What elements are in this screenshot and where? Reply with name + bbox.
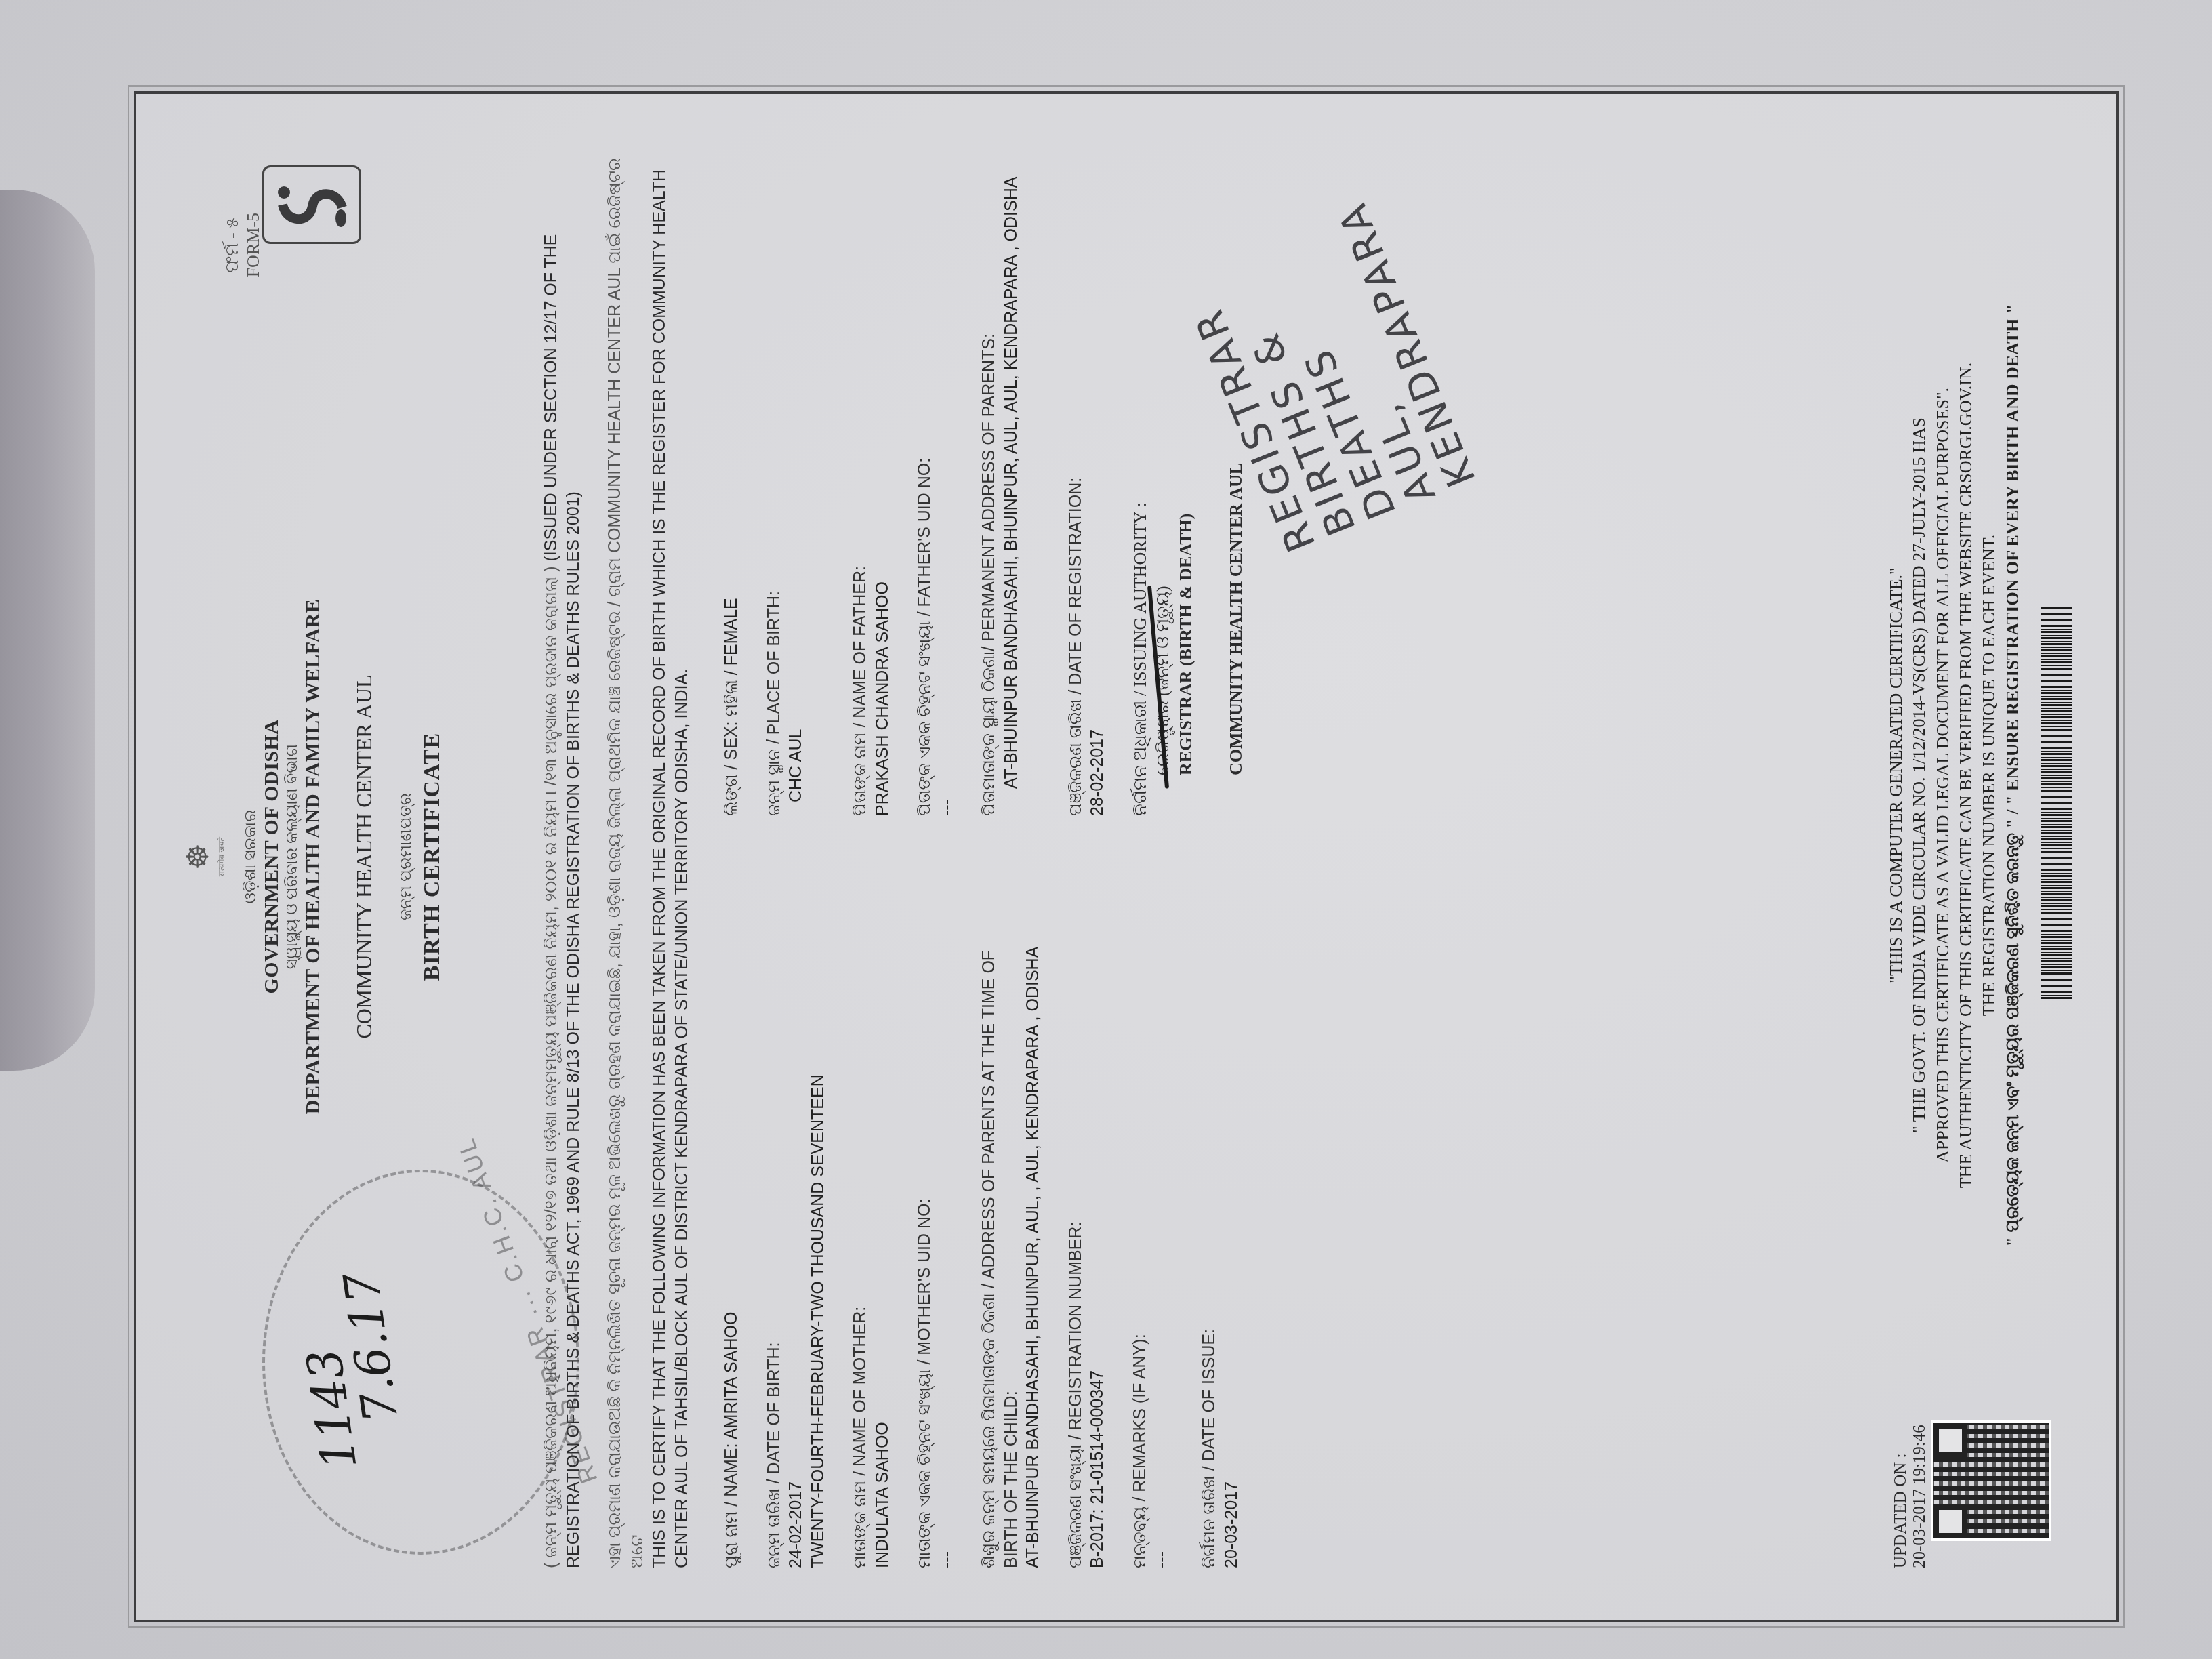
dept-title: DEPARTMENT OF HEALTH AND FAMILY WELFARE xyxy=(302,145,325,1568)
cert-title: BIRTH CERTIFICATE xyxy=(419,145,445,1568)
field-name: ପୁରା ନାମ / NAME: AMRITA SAHOO xyxy=(720,897,743,1568)
field-sex: ଲିଙ୍ଗ / SEX: ମହିଳା / FEMALE xyxy=(720,145,743,816)
certification-statement: ଏହା ପ୍ରମାଣ କରାଯାଉଅଛି କି ନିମ୍ନଲିଖିତ ସୂଚନା… xyxy=(604,145,693,1568)
certificate-notes: "THIS IS A COMPUTER GENERATED CERTIFICAT… xyxy=(1885,145,2024,1406)
updated-on: UPDATED ON : 20-03-2017 19:19:46 xyxy=(1891,1425,1929,1568)
dept-odia: ସ୍ୱାସ୍ଥ୍ୟ ଓ ପରିବାର କଲ୍ୟାଣ ବିଭାଗ xyxy=(283,145,302,1568)
field-permanent-address: ପିତାମାତାଙ୍କ ସ୍ଥାୟୀ ଠିକଣା/ PERMANENT ADDR… xyxy=(978,145,1044,816)
qr-code-icon xyxy=(1931,1420,2051,1541)
photographer-thumb xyxy=(0,190,95,1071)
field-registration-date: ପଞ୍ଜିକରଣ ତାରିଖ / DATE OF REGISTRATION: 2… xyxy=(1065,145,1109,816)
issuing-authority: ନିର୍ଗମନ ଅଧିକାରୀ / ISSUING AUTHORITY : ରେ… xyxy=(1129,145,1248,816)
barcode-icon xyxy=(2041,606,2072,999)
field-address-at-birth: ଶିଶୁର ଜନ୍ମ ସମୟରେ ପିତାମାତାଙ୍କ ଠିକଣା / ADD… xyxy=(978,897,1044,1568)
field-place-of-birth: ଜନ୍ମ ସ୍ଥାନ / PLACE OF BIRTH: CHC AUL xyxy=(763,145,829,816)
field-issue-date: ନିର୍ଗମନ ତାରିଖ / DATE OF ISSUE: 20-03-201… xyxy=(1198,897,1248,1568)
field-remarks: ମନ୍ତବ୍ୟ / REMARKS (IF ANY): --- xyxy=(1129,897,1179,1568)
field-mother-uid: ମାତାଙ୍କ ଏକକ ଚିହ୍ନଟ ସଂଖ୍ୟା / MOTHER'S UID… xyxy=(914,897,958,1568)
cert-title-odia: ଜନ୍ମ ପ୍ରମାଣପତ୍ର xyxy=(397,145,415,1568)
certificate-footer: UPDATED ON : 20-03-2017 19:19:46 "THIS I… xyxy=(1780,145,2065,1568)
field-father-uid: ପିତାଙ୍କ ଏକକ ଚିହ୍ନଟ ସଂଖ୍ୟା / FATHER'S UID… xyxy=(914,145,958,816)
field-dob: ଜନ୍ମ ତାରିଖ / DATE OF BIRTH: 24-02-2017 T… xyxy=(763,897,829,1568)
govt-title: GOVERNMENT OF ODISHA xyxy=(260,145,283,1568)
form-number: ଫର୍ମ - ୫ FORM-5 xyxy=(222,213,264,277)
certificate-header: REGISTRAR ... C.H.C. AUL 1143 7.6.17 ☸सत… xyxy=(161,145,540,1568)
issuing-center: COMMUNITY HEALTH CENTER AUL xyxy=(352,145,377,1568)
field-registration-number: ପଞ୍ଜିକରଣ ସଂଖ୍ୟା / REGISTRATION NUMBER: B… xyxy=(1065,897,1109,1568)
birth-certificate: REGISTRAR ... C.H.C. AUL 1143 7.6.17 ☸सत… xyxy=(134,91,2119,1622)
national-emblem-icon: ☸सत्यमेव जयते xyxy=(181,836,235,877)
field-mother-name: ମାତାଙ୍କ ନାମ / NAME OF MOTHER: INDULATA S… xyxy=(849,897,893,1568)
crs-logo-icon xyxy=(262,165,361,244)
field-father-name: ପିତାଙ୍କ ନାମ / NAME OF FATHER: PRAKASH CH… xyxy=(849,145,893,816)
slogan: " ପ୍ରତ୍ୟେକ ଜନ୍ମ ଏବଂ ମୃତ୍ୟୁର ପଞ୍ଜିକରଣ ସୁନ… xyxy=(2001,145,2024,1406)
issuing-authority-label: ନିର୍ଗମନ ଅଧିକାରୀ / ISSUING AUTHORITY : xyxy=(1129,145,1152,816)
certificate-fields: ପୁରା ନାମ / NAME: AMRITA SAHOO ଲିଙ୍ଗ / SE… xyxy=(720,145,1248,1568)
govt-odia: ଓଡ଼ିଶା ସରକାର xyxy=(242,145,260,1568)
